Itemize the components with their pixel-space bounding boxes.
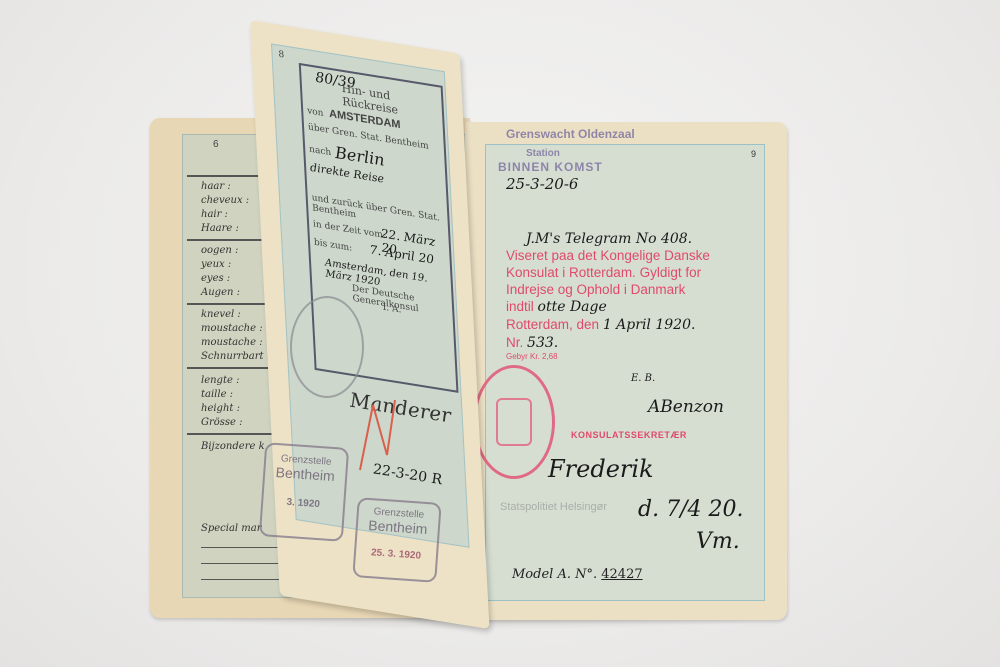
field-label: lengte : xyxy=(201,375,239,386)
field-label: hair : xyxy=(201,209,228,220)
field-label: haar : xyxy=(201,181,231,192)
german-consulate-seal xyxy=(290,296,364,398)
consul-title: KONSULATSSEKRETÆR xyxy=(571,427,687,444)
field-label: knevel : xyxy=(201,309,241,320)
page-number: 8 xyxy=(278,50,284,61)
field-label: moustache : xyxy=(201,323,263,334)
border-stamp-bentheim-2: Grenzstelle Bentheim 25. 3. 1920 xyxy=(352,497,441,583)
field-label: Grösse : xyxy=(201,417,243,428)
crown-crest-icon xyxy=(496,398,532,446)
field-label: Haare : xyxy=(201,223,239,234)
page-number: 9 xyxy=(751,149,756,159)
divider xyxy=(187,433,279,435)
border-stamp-action: BINNEN KOMST xyxy=(498,160,603,174)
entry-date-handwritten: 25-3-20-6 xyxy=(506,175,578,193)
consul-signature: ABenzon xyxy=(648,397,724,417)
field-label: taille : xyxy=(201,389,233,400)
red-pencil-mark-icon xyxy=(355,395,405,475)
special-marks-label-en: Special mar xyxy=(201,523,262,534)
field-label: oogen : xyxy=(201,245,238,256)
page-number: 6 xyxy=(213,139,219,150)
field-label: Schnurrbart : xyxy=(201,351,270,362)
telegram-note: J.M's Telegram No 408. xyxy=(526,231,692,247)
field-label: cheveux : xyxy=(201,195,249,206)
exit-signature: Frederik xyxy=(548,455,654,483)
visa-stamp-text: Viseret paa det Kongelige Danske Konsula… xyxy=(506,247,710,362)
border-stamp-bentheim-1: Grenzstelle Bentheim 3. 1920 xyxy=(259,442,349,542)
field-label: height : xyxy=(201,403,240,414)
border-stamp-top: Grenswacht Oldenzaal xyxy=(506,127,635,141)
exit-date: d. 7/4 20. xyxy=(638,497,743,522)
fee: Gebyr Kr. 2,68 xyxy=(506,352,710,362)
field-label: yeux : xyxy=(201,259,231,270)
model-number: Model A. N°. 42427 xyxy=(512,567,643,582)
initials: Vm. xyxy=(696,529,740,554)
field-label: Augen : xyxy=(201,287,240,298)
divider xyxy=(187,367,279,369)
border-stamp-station: Station xyxy=(526,148,560,159)
field-label: moustache : xyxy=(201,337,263,348)
consulate-seal xyxy=(473,365,555,479)
field-label: eyes : xyxy=(201,273,230,284)
eb-note: E. B. xyxy=(631,373,655,384)
special-marks-label-nl: Bijzondere k xyxy=(201,441,265,452)
faded-stamp: Statspolitiet Helsingør xyxy=(500,501,607,513)
